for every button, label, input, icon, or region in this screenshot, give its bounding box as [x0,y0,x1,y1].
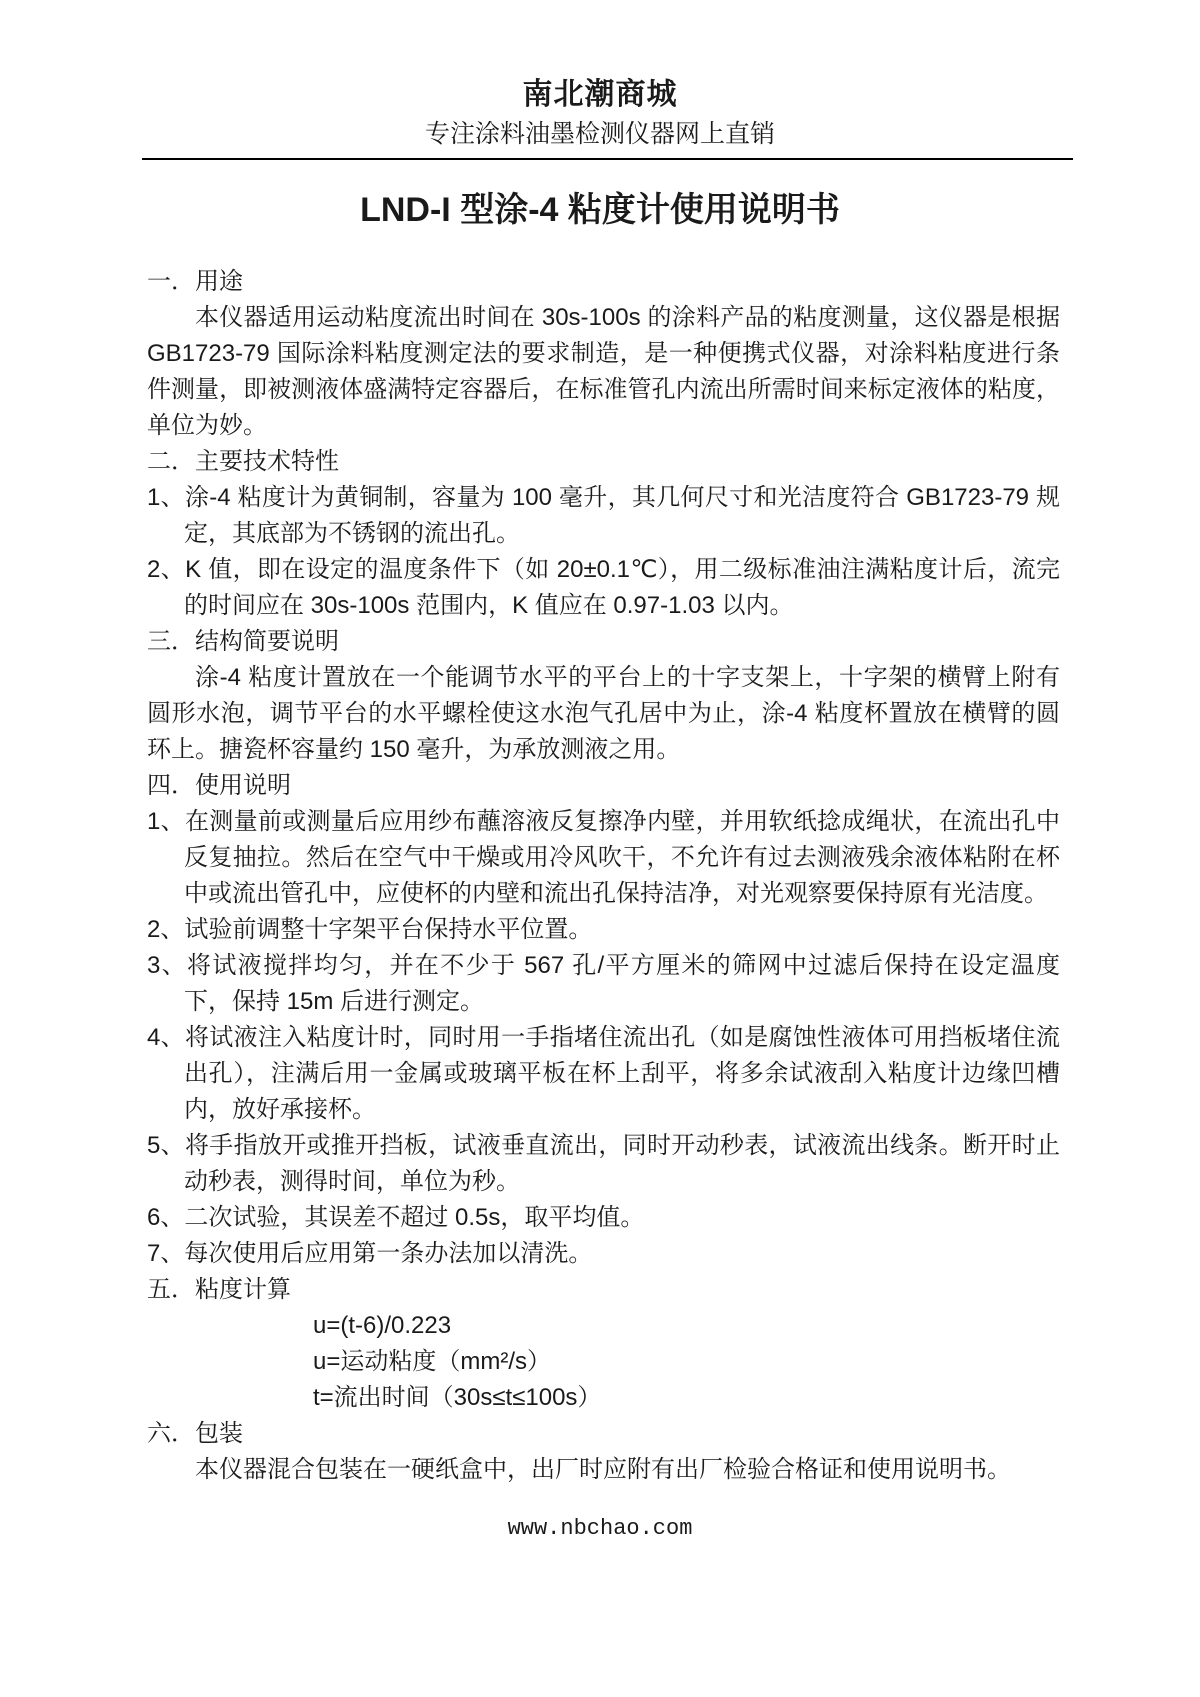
store-name: 南北潮商城 [0,76,1200,114]
header-divider [142,158,1073,160]
formula-line: t=流出时间（30s≤t≤100s） [313,1380,1060,1416]
section-heading-usage: 一．用途 [147,264,1060,300]
list-item: 2、试验前调整十字架平台保持水平位置。 [147,912,1060,948]
section-heading-instructions: 四．使用说明 [147,768,1060,804]
store-tagline: 专注涂料油墨检测仪器网上直销 [0,120,1200,150]
formula-line: u=(t-6)/0.223 [313,1308,1060,1344]
section-heading-structure: 三．结构简要说明 [147,624,1060,660]
document-page: 南北潮商城 专注涂料油墨检测仪器网上直销 LND-I 型涂-4 粘度计使用说明书… [0,0,1200,1697]
document-title: LND-I 型涂-4 粘度计使用说明书 [0,188,1200,232]
section-heading-technical-features: 二．主要技术特性 [147,444,1060,480]
list-item: 2、K 值，即在设定的温度条件下（如 20±0.1℃），用二级标准油注满粘度计后… [147,552,1060,624]
paragraph-packaging: 本仪器混合包装在一硬纸盒中，出厂时应附有出厂检验合格证和使用说明书。 [147,1452,1060,1488]
list-item: 7、每次使用后应用第一条办法加以清洗。 [147,1236,1060,1272]
formula-line: u=运动粘度（mm²/s） [313,1344,1060,1380]
footer-url: www.nbchao.com [0,1516,1200,1542]
document-header: 南北潮商城 专注涂料油墨检测仪器网上直销 [0,0,1200,150]
list-item: 1、涂-4 粘度计为黄铜制，容量为 100 毫升，其几何尺寸和光洁度符合 GB1… [147,480,1060,552]
list-item: 6、二次试验，其误差不超过 0.5s，取平均值。 [147,1200,1060,1236]
list-item: 1、在测量前或测量后应用纱布蘸溶液反复擦净内壁，并用软纸捻成绳状，在流出孔中反复… [147,804,1060,912]
section-heading-packaging: 六．包装 [147,1416,1060,1452]
list-item: 5、将手指放开或推开挡板，试液垂直流出，同时开动秒表，试液流出线条。断开时止动秒… [147,1128,1060,1200]
section-heading-viscosity-calculation: 五．粘度计算 [147,1272,1060,1308]
paragraph-structure: 涂-4 粘度计置放在一个能调节水平的平台上的十字支架上，十字架的横臂上附有圆形水… [147,660,1060,768]
paragraph-usage: 本仪器适用运动粘度流出时间在 30s-100s 的涂料产品的粘度测量，这仪器是根… [147,300,1060,444]
list-item: 3、将试液搅拌均匀，并在不少于 567 孔/平方厘米的筛网中过滤后保持在设定温度… [147,948,1060,1020]
list-item: 4、将试液注入粘度计时，同时用一手指堵住流出孔（如是腐蚀性液体可用挡板堵住流出孔… [147,1020,1060,1128]
document-body: 一．用途 本仪器适用运动粘度流出时间在 30s-100s 的涂料产品的粘度测量，… [147,264,1060,1488]
